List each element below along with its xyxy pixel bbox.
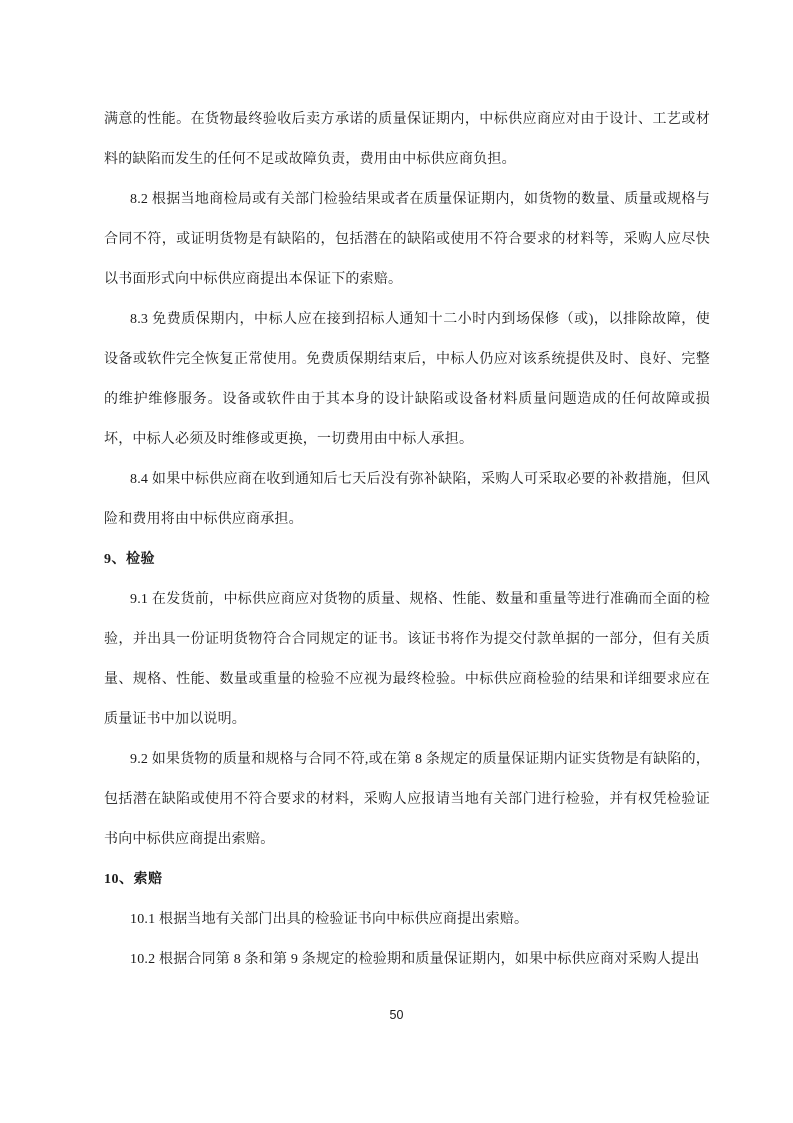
paragraph-8-2: 8.2 根据当地商检局或有关部门检验结果或者在质量保证期内，如货物的数量、质量或… (104, 180, 710, 300)
paragraph-10-2: 10.2 根据合同第 8 条和第 9 条规定的检验期和质量保证期内，如果中标供应… (104, 940, 710, 980)
page-number: 50 (390, 1008, 404, 1022)
paragraph-9-2: 9.2 如果货物的质量和规格与合同不符,或在第 8 条规定的质量保证期内证实货物… (104, 740, 710, 860)
paragraph-9-1: 9.1 在发货前，中标供应商应对货物的质量、规格、性能、数量和重量等进行准确而全… (104, 580, 710, 740)
paragraph-10-1: 10.1 根据当地有关部门出具的检验证书向中标供应商提出索赔。 (104, 900, 710, 940)
paragraph-8-3: 8.3 免费质保期内，中标人应在接到招标人通知十二小时内到场保修（或)，以排除故… (104, 300, 710, 460)
paragraph-8-1-continuation: 满意的性能。在货物最终验收后卖方承诺的质量保证期内，中标供应商应对由于设计、工艺… (104, 100, 710, 180)
document-body: 满意的性能。在货物最终验收后卖方承诺的质量保证期内，中标供应商应对由于设计、工艺… (104, 100, 710, 980)
paragraph-8-4: 8.4 如果中标供应商在收到通知后七天后没有弥补缺陷，采购人可采取必要的补救措施… (104, 460, 710, 540)
section-heading-10-claims: 10、索赔 (104, 860, 710, 900)
section-heading-9-inspection: 9、检验 (104, 540, 710, 580)
document-page: 满意的性能。在货物最终验收后卖方承诺的质量保证期内，中标供应商应对由于设计、工艺… (0, 0, 793, 1123)
page-footer: 50 (0, 1006, 793, 1024)
